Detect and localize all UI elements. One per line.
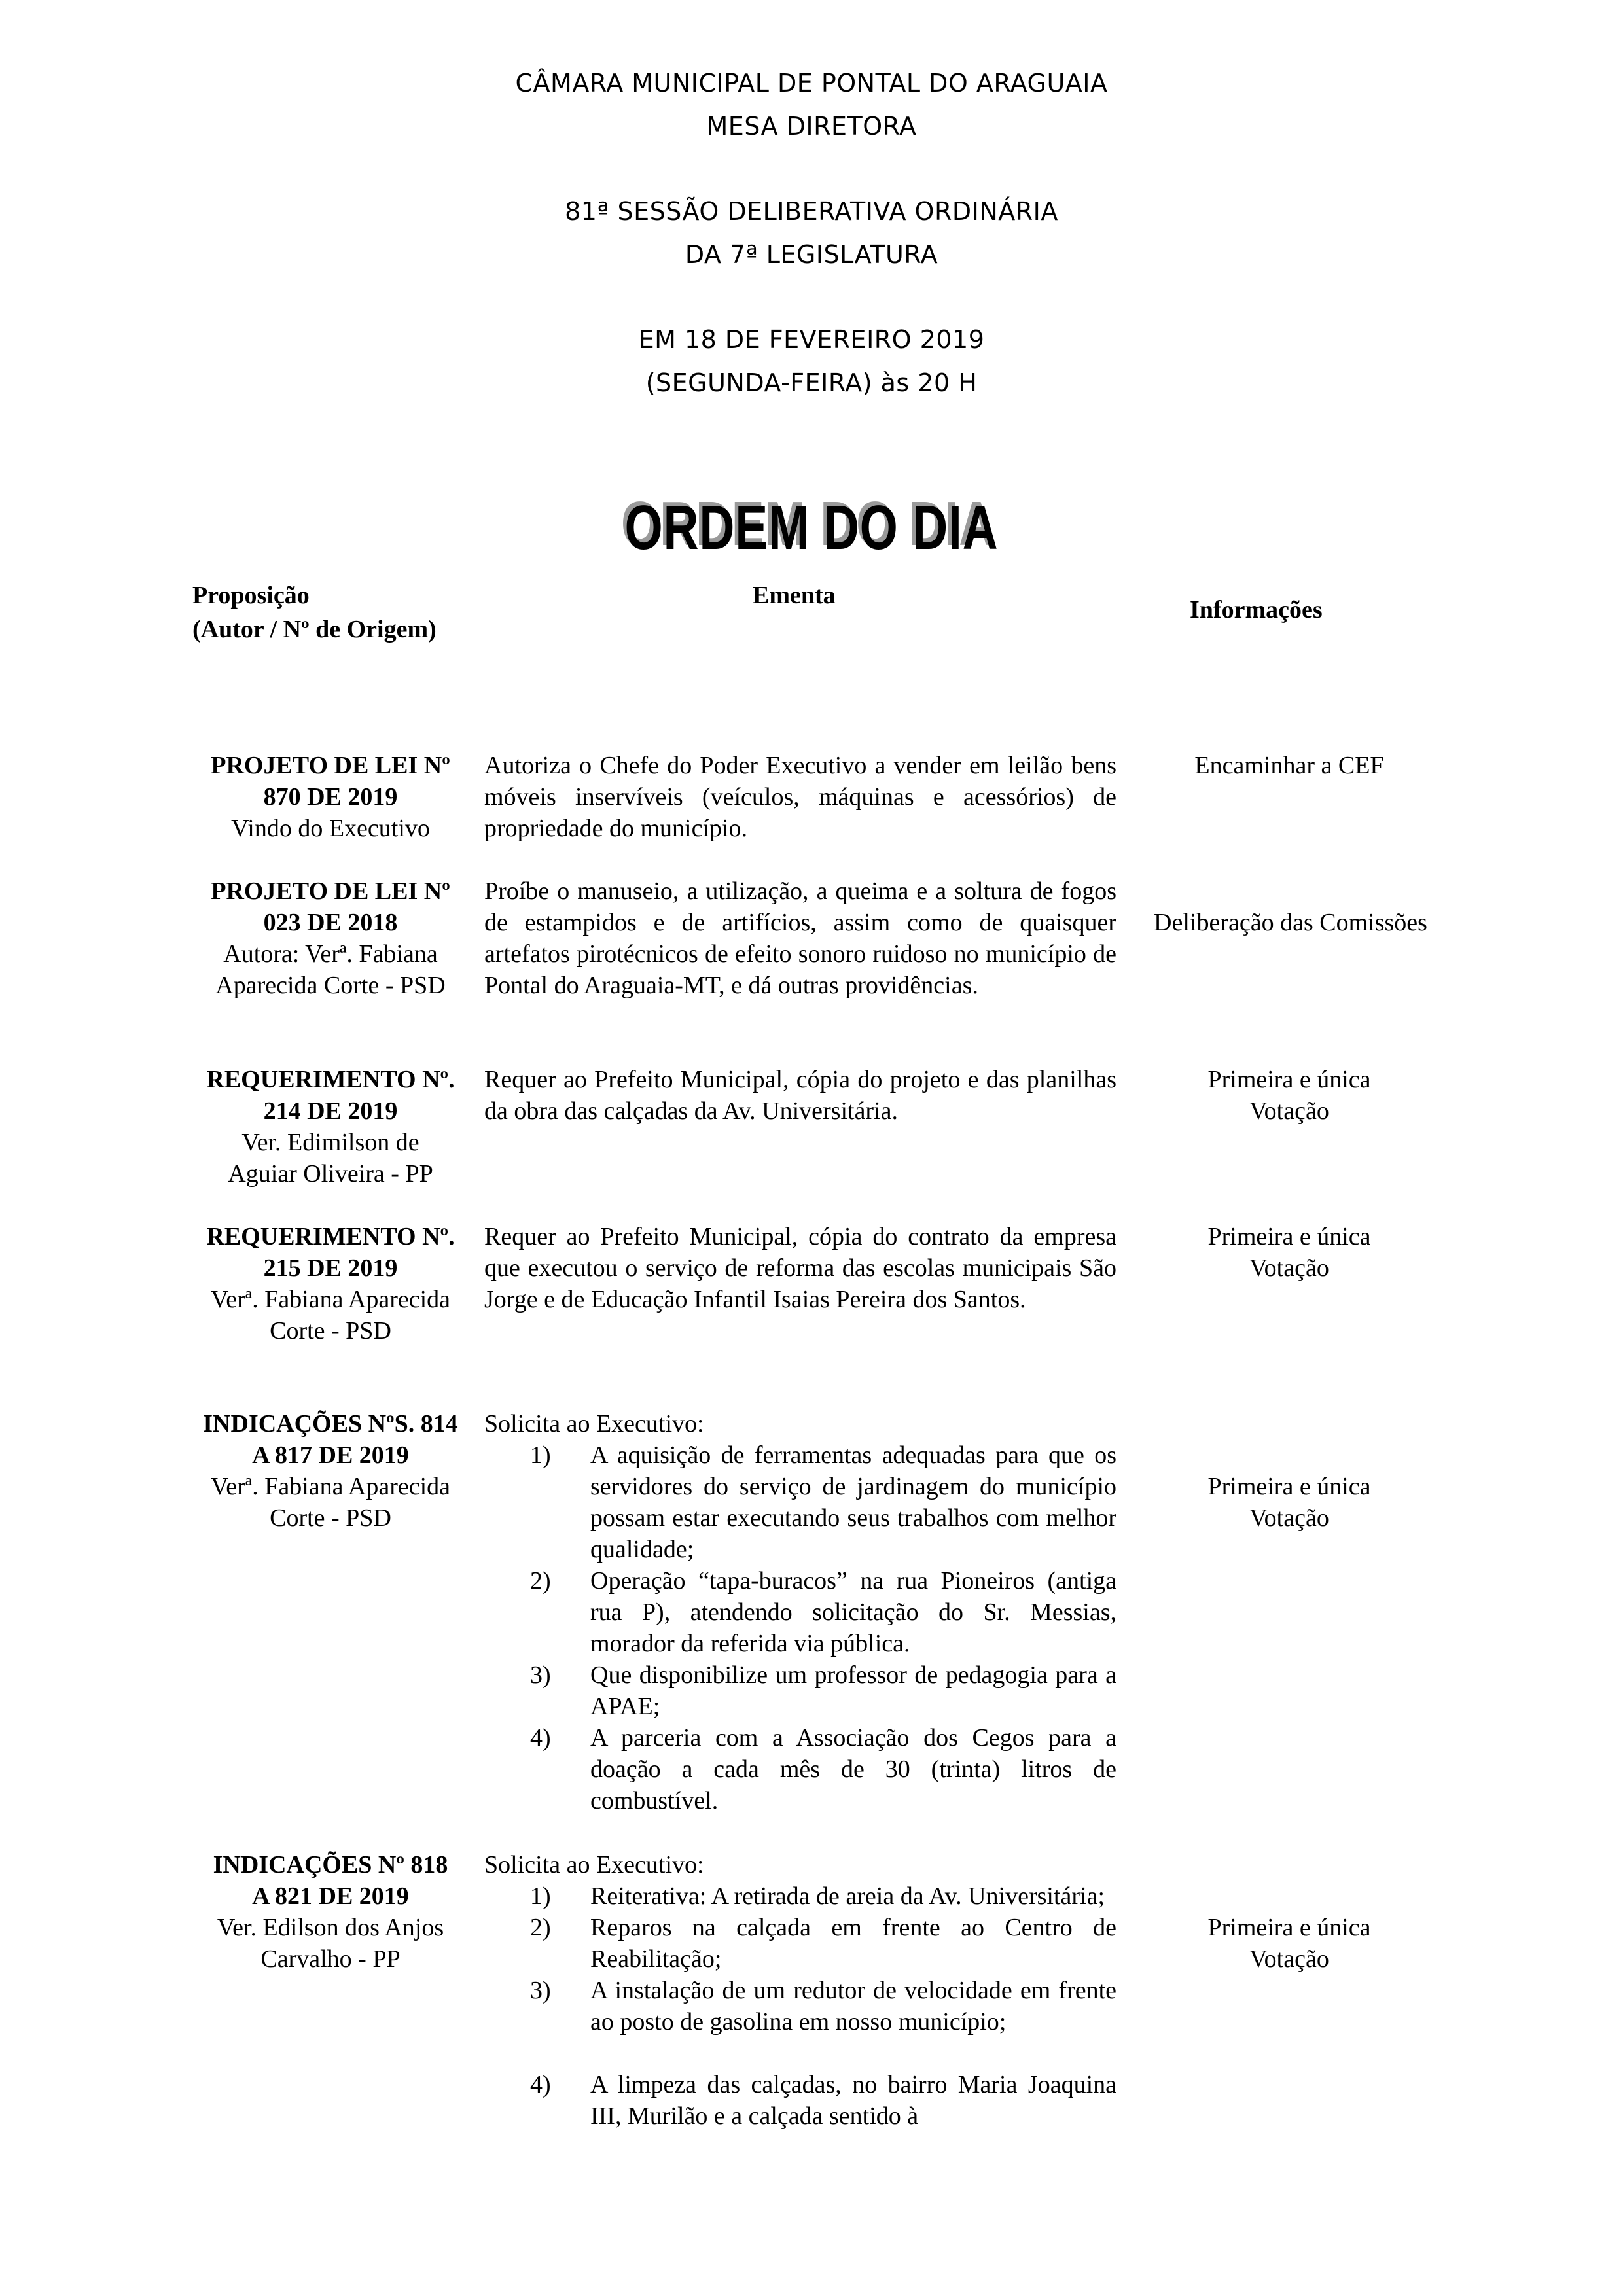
proposition-author: Vindo do Executivo bbox=[187, 813, 474, 844]
proposition-title: PROJETO DE LEI Nº bbox=[187, 750, 474, 781]
ementa-cell: Requer ao Prefeito Municipal, cópia do c… bbox=[484, 1221, 1116, 1315]
request-list: 1)A aquisição de ferramentas adequadas p… bbox=[484, 1439, 1116, 1816]
list-item-number: 3) bbox=[530, 1659, 551, 1691]
proposition-number: 023 DE 2018 bbox=[187, 907, 474, 938]
list-item-text: A aquisição de ferramentas adequadas par… bbox=[590, 1441, 1116, 1563]
proposition-author: Verª. Fabiana Aparecida Corte - PSD bbox=[187, 1284, 474, 1347]
header-chamber-name: CÂMARA MUNICIPAL DE PONTAL DO ARAGUAIA bbox=[0, 63, 1623, 103]
ementa-cell: Solicita ao Executivo: 1)Reiterativa: A … bbox=[484, 1849, 1116, 2132]
list-item: 2)Reparos na calçada em frente ao Centro… bbox=[484, 1912, 1116, 1975]
info-cell: Primeira e única Votação bbox=[1126, 1471, 1453, 1534]
list-item-number: 4) bbox=[530, 1722, 551, 1754]
proposition-cell: INDICAÇÕES Nº 818 A 821 DE 2019 Ver. Edi… bbox=[187, 1849, 474, 1975]
info-cell: Primeira e única Votação bbox=[1126, 1912, 1453, 1975]
header-legislature: DA 7ª LEGISLATURA bbox=[0, 234, 1623, 275]
proposition-title: INDICAÇÕES NºS. 814 bbox=[187, 1408, 474, 1439]
proposition-title: REQUERIMENTO Nº. bbox=[187, 1221, 474, 1252]
header-session: 81ª SESSÃO DELIBERATIVA ORDINÁRIA bbox=[0, 191, 1623, 232]
list-item-number: 2) bbox=[530, 1912, 551, 1943]
list-item-text: Reparos na calçada em frente ao Centro d… bbox=[590, 1914, 1116, 1973]
list-item: 1)A aquisição de ferramentas adequadas p… bbox=[484, 1439, 1116, 1565]
page-title: ORDEM DO DIA bbox=[179, 492, 1444, 564]
proposition-author: Verª. Fabiana Aparecida Corte - PSD bbox=[187, 1471, 474, 1534]
info-cell: Deliberação das Comissões bbox=[1120, 907, 1461, 938]
info-cell: Primeira e única Votação bbox=[1126, 1064, 1453, 1127]
list-item-number: 1) bbox=[530, 1439, 551, 1471]
proposition-author: Ver. Edimilson de Aguiar Oliveira - PP bbox=[187, 1127, 474, 1190]
header-mesa-diretora: MESA DIRETORA bbox=[0, 106, 1623, 147]
list-item: 1)Reiterativa: A retirada de areia da Av… bbox=[484, 1881, 1116, 1912]
proposition-number: A 817 DE 2019 bbox=[187, 1439, 474, 1471]
proposition-cell: INDICAÇÕES NºS. 814 A 817 DE 2019 Verª. … bbox=[187, 1408, 474, 1534]
column-header-proposicao: Proposição (Autor / Nº de Origem) bbox=[192, 578, 437, 646]
list-spacer bbox=[484, 2038, 1116, 2069]
list-item: 4)A limpeza das calçadas, no bairro Mari… bbox=[484, 2069, 1116, 2132]
request-list: 1)Reiterativa: A retirada de areia da Av… bbox=[484, 1881, 1116, 2132]
column-header-proposicao-line2: (Autor / Nº de Origem) bbox=[192, 612, 437, 646]
ementa-cell: Requer ao Prefeito Municipal, cópia do p… bbox=[484, 1064, 1116, 1127]
proposition-cell: REQUERIMENTO Nº. 215 DE 2019 Verª. Fabia… bbox=[187, 1221, 474, 1347]
proposition-number: 215 DE 2019 bbox=[187, 1252, 474, 1284]
proposition-title: INDICAÇÕES Nº 818 bbox=[187, 1849, 474, 1881]
ementa-cell: Proíbe o manuseio, a utilização, a queim… bbox=[484, 875, 1116, 1001]
header-date: EM 18 DE FEVEREIRO 2019 bbox=[0, 319, 1623, 360]
ementa-cell: Autoriza o Chefe do Poder Executivo a ve… bbox=[484, 750, 1116, 844]
list-item-text: Operação “tapa-buracos” na rua Pioneiros… bbox=[590, 1567, 1116, 1657]
list-item-number: 1) bbox=[530, 1881, 551, 1912]
list-item: 3)A instalação de um redutor de velocida… bbox=[484, 1975, 1116, 2038]
proposition-author: Ver. Edilson dos Anjos Carvalho - PP bbox=[187, 1912, 474, 1975]
list-item-number: 4) bbox=[530, 2069, 551, 2100]
header-weekday-time: (SEGUNDA-FEIRA) às 20 H bbox=[0, 362, 1623, 403]
ementa-intro: Solicita ao Executivo: bbox=[484, 1408, 1116, 1439]
proposition-number: A 821 DE 2019 bbox=[187, 1881, 474, 1912]
ementa-intro: Solicita ao Executivo: bbox=[484, 1849, 1116, 1881]
list-item-text: A limpeza das calçadas, no bairro Maria … bbox=[590, 2071, 1116, 2130]
list-item-text: Que disponibilize um professor de pedago… bbox=[590, 1661, 1116, 1720]
proposition-title: PROJETO DE LEI Nº bbox=[187, 875, 474, 907]
list-item-text: A instalação de um redutor de velocidade… bbox=[590, 1977, 1116, 2036]
list-item-text: A parceria com a Associação dos Cegos pa… bbox=[590, 1724, 1116, 1814]
info-cell: Encaminhar a CEF bbox=[1126, 750, 1453, 781]
info-cell: Primeira e única Votação bbox=[1126, 1221, 1453, 1284]
list-item: 2)Operação “tapa-buracos” na rua Pioneir… bbox=[484, 1565, 1116, 1659]
proposition-cell: REQUERIMENTO Nº. 214 DE 2019 Ver. Edimil… bbox=[187, 1064, 474, 1190]
list-item: 4)A parceria com a Associação dos Cegos … bbox=[484, 1722, 1116, 1816]
proposition-cell: PROJETO DE LEI Nº 870 DE 2019 Vindo do E… bbox=[187, 750, 474, 844]
list-item-text: Reiterativa: A retirada de areia da Av. … bbox=[590, 1882, 1105, 1910]
list-item-number: 2) bbox=[530, 1565, 551, 1597]
proposition-cell: PROJETO DE LEI Nº 023 DE 2018 Autora: Ve… bbox=[187, 875, 474, 1001]
column-header-proposicao-line1: Proposição bbox=[192, 578, 437, 612]
proposition-number: 870 DE 2019 bbox=[187, 781, 474, 813]
proposition-author: Autora: Verª. Fabiana Aparecida Corte - … bbox=[187, 938, 474, 1001]
proposition-number: 214 DE 2019 bbox=[187, 1095, 474, 1127]
column-header-informacoes: Informações bbox=[1190, 593, 1323, 627]
ementa-cell: Solicita ao Executivo: 1)A aquisição de … bbox=[484, 1408, 1116, 1816]
proposition-title: REQUERIMENTO Nº. bbox=[187, 1064, 474, 1095]
list-item: 3)Que disponibilize um professor de peda… bbox=[484, 1659, 1116, 1722]
column-header-ementa: Ementa bbox=[753, 578, 836, 612]
list-item-number: 3) bbox=[530, 1975, 551, 2006]
